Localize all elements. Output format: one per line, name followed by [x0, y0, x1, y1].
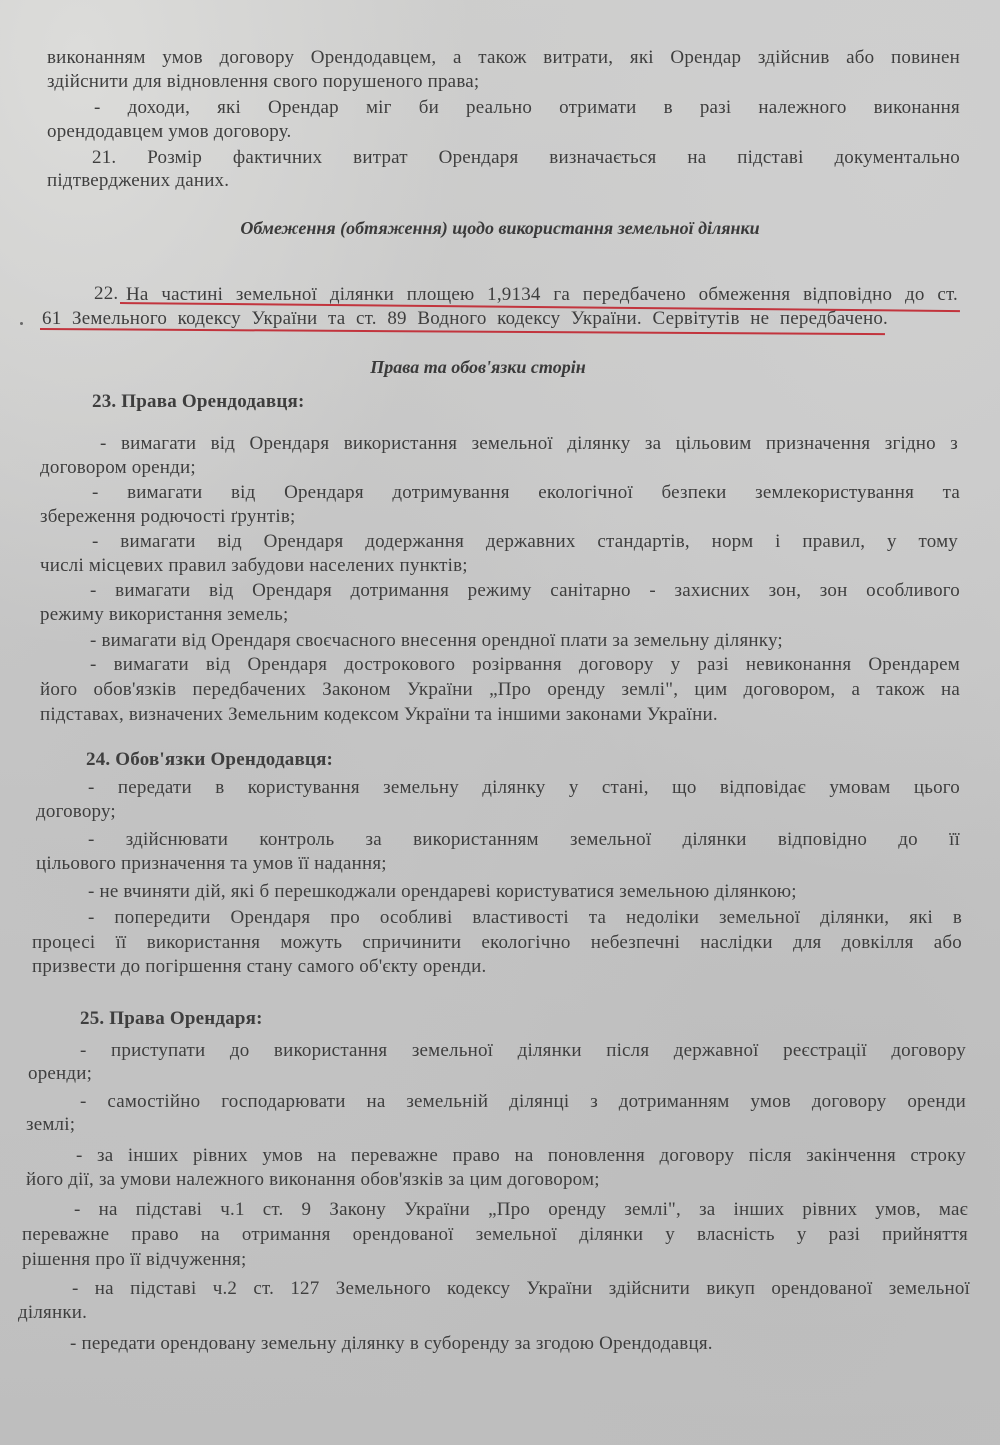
text-line: режиму використання земель; [40, 603, 289, 627]
text-line: виконанням умов договору Орендодавцем, а… [47, 46, 960, 70]
list-item: - здійснювати контроль за використанням … [88, 828, 960, 852]
list-item: - за інших рівних умов на переважне прав… [76, 1144, 966, 1168]
text-line: договором оренди; [40, 456, 196, 480]
clause-22-line-2: 61 Земельного кодексу України та ст. 89 … [42, 307, 888, 331]
text-line: підставах, визначених Земельним кодексом… [40, 703, 718, 727]
list-item: - не вчиняти дій, які б перешкоджали оре… [88, 880, 797, 904]
text-line: землі; [26, 1113, 75, 1137]
text-line: оренди; [28, 1062, 92, 1086]
text-line: збереження родючості ґрунтів; [40, 505, 296, 529]
text-line: підтверджених даних. [47, 169, 229, 193]
list-item: - на підставі ч.1 ст. 9 Закону України „… [74, 1198, 968, 1222]
clause-24-title: 24. Обов'язки Орендодавця: [86, 748, 333, 772]
text-line: - доходи, які Орендар міг би реально отр… [94, 96, 960, 120]
list-item: - вимагати від Орендаря додержання держа… [92, 530, 958, 554]
scanned-document-page: виконанням умов договору Орендодавцем, а… [0, 0, 1000, 1445]
text-line: цільового призначення та умов її надання… [36, 852, 387, 876]
text-line: здійснити для відновлення свого порушено… [47, 70, 479, 94]
text-line: орендодавцем умов договору. [47, 120, 292, 144]
text-line: договору; [36, 800, 116, 824]
list-item: - вимагати від Орендаря дотримання режим… [90, 579, 960, 603]
list-item: - попередити Орендаря про особливі власт… [88, 906, 962, 930]
section-heading-rights: Права та обов'язки сторін [0, 357, 978, 378]
text-line: переважне право на отримання орендованої… [22, 1223, 968, 1247]
list-item: - передати орендовану земельну ділянку в… [70, 1332, 713, 1356]
text-line: числі місцевих правил забудови населених… [40, 554, 468, 578]
text-line: його обов'язків передбачених Законом Укр… [40, 678, 960, 702]
list-item: - вимагати від Орендаря дострокового роз… [90, 653, 960, 677]
list-item: - вимагати від Орендаря своєчасного внес… [90, 629, 783, 653]
clause-25-title: 25. Права Орендаря: [80, 1007, 263, 1031]
text-line: процесі її використання можуть спричинит… [32, 931, 962, 955]
list-item: - самостійно господарювати на земельній … [80, 1090, 966, 1114]
text-line: ділянки. [18, 1301, 87, 1325]
text-line: рішення про її відчуження; [22, 1248, 246, 1272]
margin-dot [20, 322, 23, 325]
list-item: - на підставі ч.2 ст. 127 Земельного код… [72, 1277, 970, 1301]
list-item: - приступати до використання земельної д… [80, 1039, 966, 1063]
list-item: - передати в користування земельну ділян… [88, 776, 960, 800]
clause-21: 21. Розмір фактичних витрат Орендаря виз… [92, 146, 960, 170]
clause-23-title: 23. Права Орендодавця: [92, 390, 304, 414]
list-item: - вимагати від Орендаря використання зем… [100, 432, 958, 456]
section-heading-restrictions: Обмеження (обтяження) щодо використання … [0, 218, 1000, 239]
text-line: його дії, за умови належного виконання о… [26, 1168, 600, 1192]
list-item: - вимагати від Орендаря дотримування еко… [92, 481, 960, 505]
clause-22-number: 22. [94, 282, 118, 306]
text-line: призвести до погіршення стану самого об'… [32, 955, 486, 979]
